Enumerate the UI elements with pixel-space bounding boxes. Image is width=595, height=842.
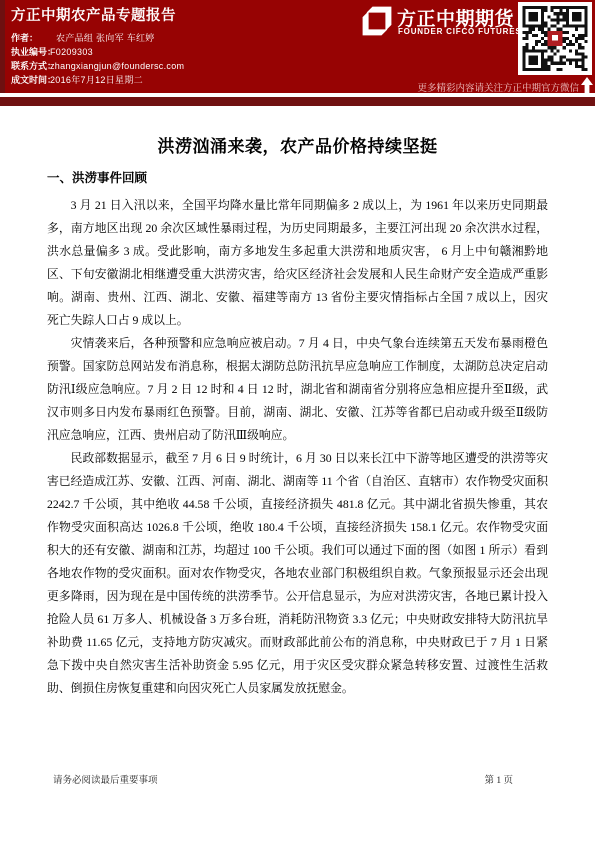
up-arrow-icon xyxy=(581,77,593,97)
license-label: 执业编号： xyxy=(11,45,50,59)
page-number: 第 1 页 xyxy=(484,772,513,786)
meta-row-author: 作者：农产品组 张向军 车红婷 xyxy=(11,31,184,45)
wechat-note: 更多精彩内容请关注方正中期官方微信 xyxy=(417,80,579,94)
author-value: 农产品组 张向军 车红婷 xyxy=(50,33,155,43)
paragraph-3: 民政部数据显示，截至 7 月 6 日 9 时统计，6 月 30 日以来长江中下游… xyxy=(47,447,548,700)
report-type-title: 方正中期农产品专题报告 xyxy=(11,4,176,25)
qr-code xyxy=(518,2,592,75)
contact-value: zhangxiangjun@foundersc.com xyxy=(50,61,184,71)
brand-name-en: FOUNDER CIFCO FUTURES xyxy=(398,27,521,36)
meta-row-date: 成文时间：2016年7月12日星期二 xyxy=(11,73,184,87)
date-value: 2016年7月12日星期二 xyxy=(50,75,143,85)
header-band: 方正中期农产品专题报告 作者：农产品组 张向军 车红婷 执业编号：F020930… xyxy=(0,0,595,93)
paragraph-1: 3 月 21 日入汛以来，全国平均降水量比常年同期偏多 2 成以上，为 1961… xyxy=(47,194,548,332)
date-label: 成文时间： xyxy=(11,73,50,87)
founder-logo-icon xyxy=(362,6,392,36)
author-label: 作者： xyxy=(11,31,50,45)
meta-row-license: 执业编号：F0209303 xyxy=(11,45,184,59)
header-divider xyxy=(0,97,595,106)
body-text: 3 月 21 日入汛以来，全国平均降水量比常年同期偏多 2 成以上，为 1961… xyxy=(47,194,548,700)
report-page: 方正中期农产品专题报告 作者：农产品组 张向军 车红婷 执业编号：F020930… xyxy=(0,0,595,842)
header-left-accent xyxy=(0,0,5,93)
footer-disclaimer: 请务必阅读最后重要事项 xyxy=(53,772,158,786)
meta-row-contact: 联系方式：zhangxiangjun@foundersc.com xyxy=(11,59,184,73)
section-heading: 一、洪涝事件回顾 xyxy=(47,168,595,186)
license-value: F0209303 xyxy=(50,47,93,57)
report-meta: 作者：农产品组 张向军 车红婷 执业编号：F0209303 联系方式：zhang… xyxy=(11,31,184,87)
contact-label: 联系方式： xyxy=(11,59,50,73)
paragraph-2: 灾情袭来后，各种预警和应急响应被启动。7 月 4 日，中央气象台连续第五天发布暴… xyxy=(47,332,548,447)
